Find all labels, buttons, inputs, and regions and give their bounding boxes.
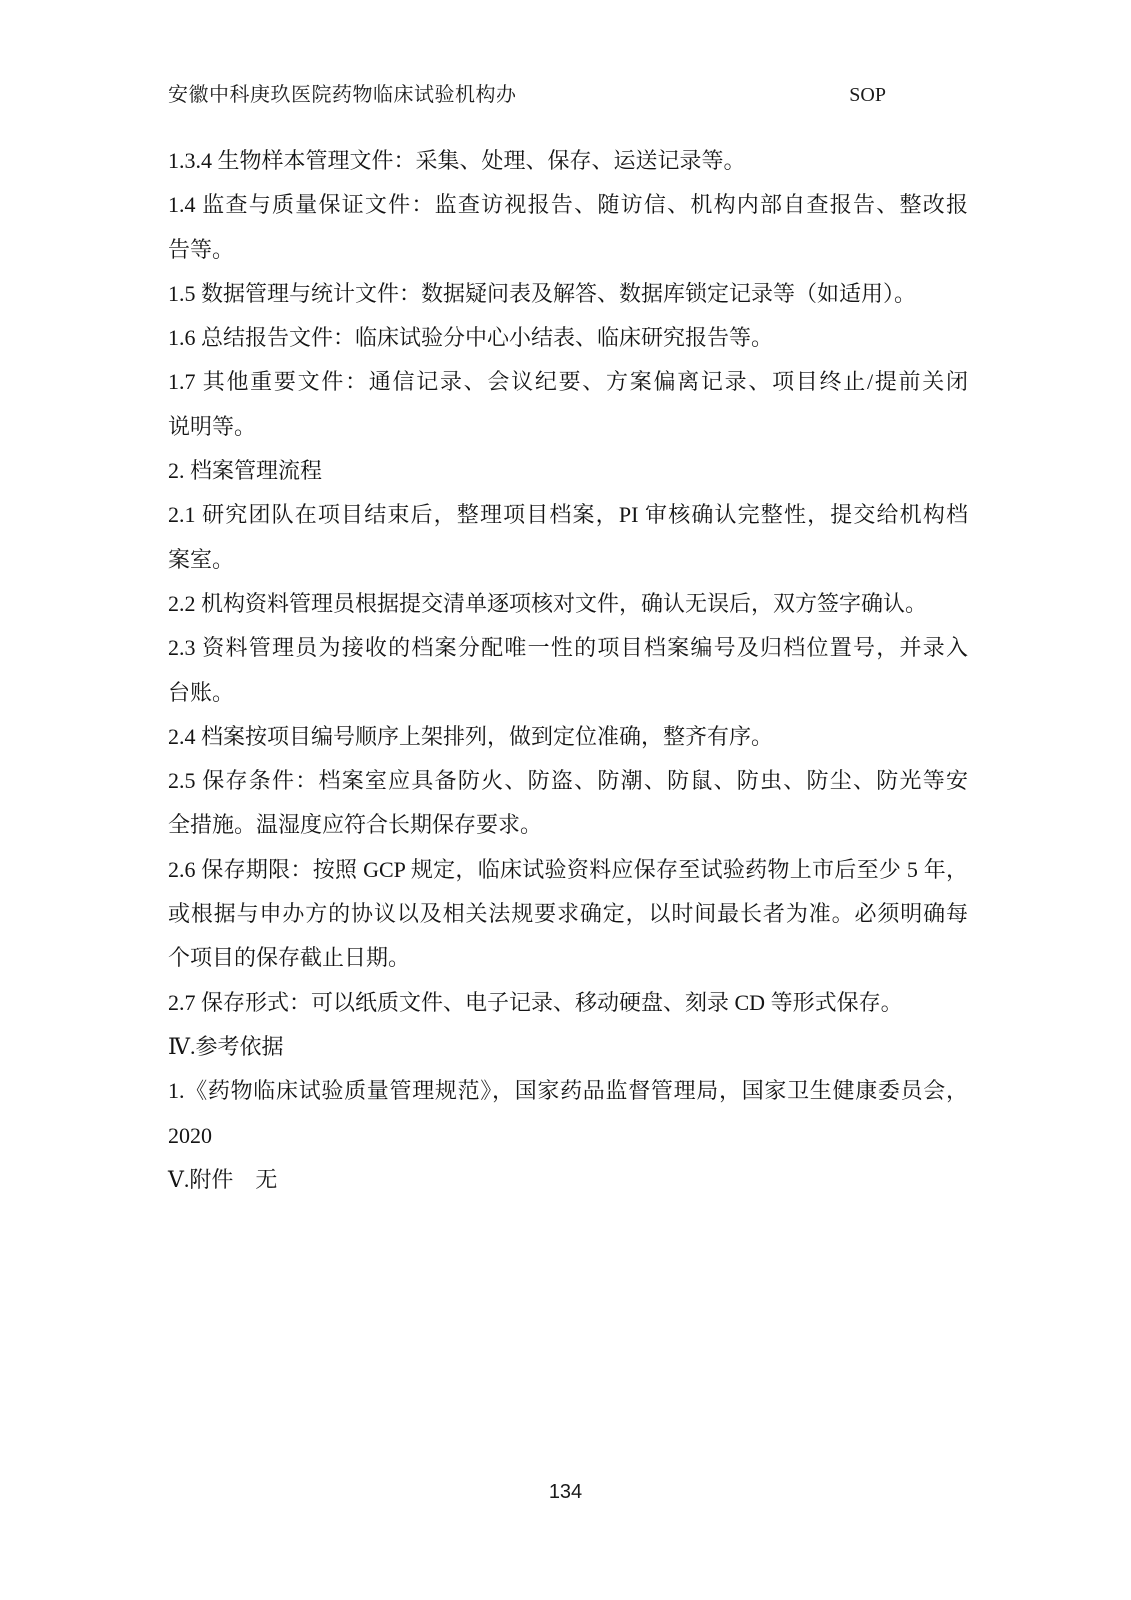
text-line: 个项目的保存截止日期。 (168, 936, 968, 980)
text-line: 2.5 保存条件：档案室应具备防火、防盗、防潮、防鼠、防虫、防尘、防光等安 (168, 759, 968, 803)
text-line: 1.《药物临床试验质量管理规范》，国家药品监督管理局，国家卫生健康委员会， (168, 1069, 968, 1113)
text-line: 1.7 其他重要文件：通信记录、会议纪要、方案偏离记录、项目终止/提前关闭 (168, 360, 968, 404)
text-line: 1.6 总结报告文件：临床试验分中心小结表、临床研究报告等。 (168, 316, 968, 360)
text-line: Ⅳ.参考依据 (168, 1025, 968, 1069)
text-line: 或根据与申办方的协议以及相关法规要求确定，以时间最长者为准。必须明确每 (168, 892, 968, 936)
text-line: 台账。 (168, 671, 968, 715)
document-page: 安徽中科庚玖医院药物临床试验机构办 SOP 1.3.4 生物样本管理文件：采集、… (0, 0, 1131, 1600)
page-footer: 134 (0, 1480, 1131, 1504)
header-doc-type: SOP (849, 83, 886, 107)
text-line: Ⅴ.附件 无 (168, 1158, 968, 1202)
text-line: 2.6 保存期限：按照 GCP 规定，临床试验资料应保存至试验药物上市后至少 5… (168, 848, 968, 892)
text-line: 1.4 监查与质量保证文件：监查访视报告、随访信、机构内部自查报告、整改报 (168, 183, 968, 227)
text-line: 说明等。 (168, 405, 968, 449)
text-line: 1.5 数据管理与统计文件：数据疑问表及解答、数据库锁定记录等（如适用）。 (168, 272, 968, 316)
text-line: 2.3 资料管理员为接收的档案分配唯一性的项目档案编号及归档位置号，并录入 (168, 626, 968, 670)
text-line: 告等。 (168, 228, 968, 272)
header-organization: 安徽中科庚玖医院药物临床试验机构办 (168, 83, 517, 107)
page-header: 安徽中科庚玖医院药物临床试验机构办 SOP (168, 83, 886, 107)
text-line: 2.1 研究团队在项目结束后，整理项目档案，PI 审核确认完整性，提交给机构档 (168, 493, 968, 537)
text-line: 案室。 (168, 538, 968, 582)
text-line: 2.2 机构资料管理员根据提交清单逐项核对文件，确认无误后，双方签字确认。 (168, 582, 968, 626)
text-line: 1.3.4 生物样本管理文件：采集、处理、保存、运送记录等。 (168, 139, 968, 183)
text-line: 2.7 保存形式：可以纸质文件、电子记录、移动硬盘、刻录 CD 等形式保存。 (168, 981, 968, 1025)
text-line: 全措施。温湿度应符合长期保存要求。 (168, 803, 968, 847)
page-number: 134 (549, 1481, 582, 1503)
text-line: 2020 (168, 1114, 968, 1158)
document-body: 1.3.4 生物样本管理文件：采集、处理、保存、运送记录等。1.4 监查与质量保… (168, 139, 968, 1202)
text-line: 2.4 档案按项目编号顺序上架排列，做到定位准确，整齐有序。 (168, 715, 968, 759)
text-line: 2. 档案管理流程 (168, 449, 968, 493)
